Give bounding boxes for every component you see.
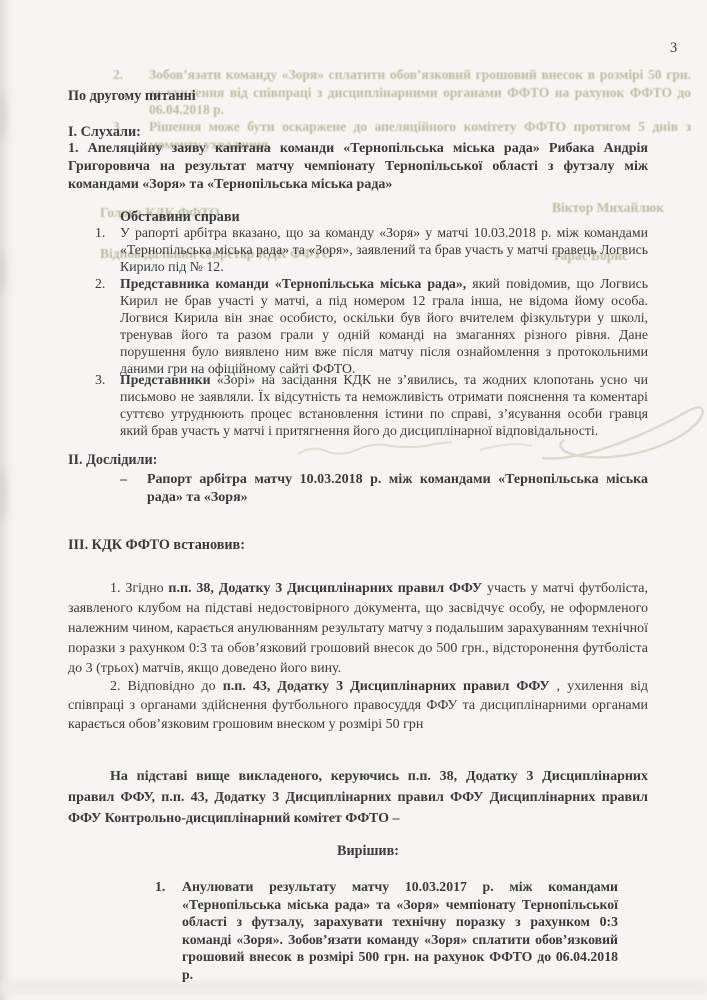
fact-number: 3.	[95, 371, 105, 388]
section-2-heading: ІІ. Дослідили:	[68, 452, 648, 469]
bleedthrough-item-number: 2.	[113, 66, 123, 84]
section-3-heading: ІІІ. КДК ФФТО встановив:	[68, 537, 648, 554]
fact-text: У рапорті арбітра вказано, що за команду…	[95, 224, 648, 275]
established-paragraph-2: 2. Відповідно до п.п. 43, Додатку 3 Дисц…	[68, 677, 648, 734]
researched-text: Рапорт арбітра матчу 10.03.2018 р. між к…	[120, 471, 648, 506]
scanned-document-page: 2. Зобов’язати команду «Зоря» сплатити о…	[0, 0, 707, 1000]
basis-paragraph: На підставі вище викладеного, керуючись …	[68, 766, 648, 829]
decision-item: 1. Анулювати результату матчу 10.03.2017…	[155, 878, 618, 983]
fact-text: Представника команди «Тернопільська місь…	[95, 275, 648, 377]
bleedthrough-name: Віктор Михайлюк	[552, 200, 664, 216]
fact-item: 2. Представника команди «Тернопільська м…	[95, 275, 648, 377]
question-heading: По другому питанні	[68, 88, 648, 105]
established-paragraph-1: 1. Згідно п.п. 38, Додатку 3 Дисциплінар…	[68, 579, 648, 679]
dash-marker: –	[120, 471, 127, 489]
decided-heading: Вирішив:	[68, 843, 668, 860]
decision-text: Анулювати результату матчу 10.03.2017 р.…	[155, 878, 618, 983]
fact-number: 2.	[95, 275, 105, 292]
page-number: 3	[670, 40, 677, 57]
section-1-heading: І. Слухали:	[68, 124, 648, 141]
researched-item: – Рапорт арбітра матчу 10.03.2018 р. між…	[120, 471, 648, 506]
fact-item: 1. У рапорті арбітра вказано, що за кома…	[95, 224, 648, 275]
fact-text: Представники «Зорі» на засідання КДК не …	[95, 371, 648, 439]
appeal-paragraph: 1. Апеляційну заяву капітана команди «Те…	[68, 140, 648, 194]
fact-number: 1.	[95, 224, 105, 241]
decision-number: 1.	[155, 878, 165, 896]
fact-item: 3. Представники «Зорі» на засідання КДК …	[95, 371, 648, 439]
